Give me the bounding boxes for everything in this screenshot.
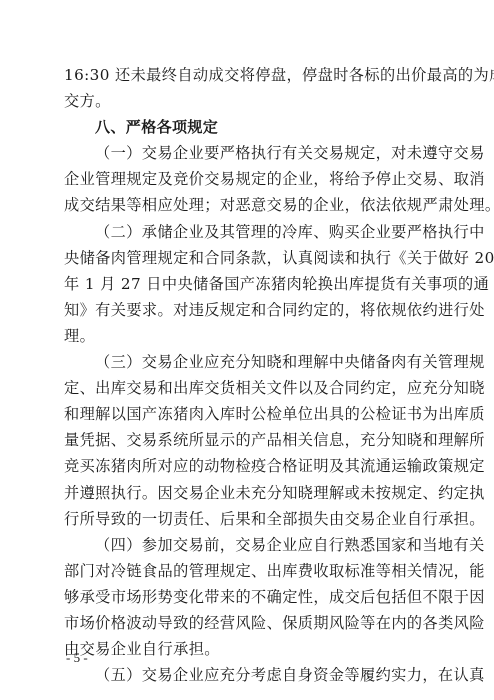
- text-line-10: 知》有关要求。对违反规定和合同约定的，将依规依约进行处: [64, 297, 428, 323]
- text-line-20: 部门对冷链食品的管理规定、出库费收取标准等相关情况，能: [64, 558, 428, 584]
- text-line-14: 和理解以国产冻猪肉入库时公检单位出具的公检证书为出库质: [64, 401, 428, 427]
- text-line-21: 够承受市场形势变化带来的不确定性，成交后包括但不限于因: [64, 584, 428, 610]
- text-line-8: 央储备肉管理规定和合同条款，认真阅读和执行《关于做好 2025: [64, 245, 428, 271]
- text-line-22: 市场价格波动导致的经营风险、保质期风险等在内的各类风险: [64, 610, 428, 636]
- text-line-23: 由交易企业自行承担。: [64, 636, 428, 662]
- text-line-15: 量凭据、交易系统所显示的产品相关信息，充分知晓和理解所: [64, 427, 428, 453]
- text-line-13: 定、出库交易和出库交货相关文件以及合同约定，应充分知晓: [64, 375, 428, 401]
- text-line-9: 年 1 月 27 日中央储备国产冻猪肉轮换出库提货有关事项的通: [64, 271, 428, 297]
- text-line-5: 企业管理规定及竞价交易规定的企业，将给予停止交易、取消: [64, 166, 428, 192]
- paragraph-4-start: （四）参加交易前，交易企业应自行熟悉国家和当地有关: [64, 532, 428, 558]
- section-heading-8: 八、严格各项规定: [64, 114, 428, 140]
- text-line-16: 竞买冻猪肉所对应的动物检疫合格证明及其流通运输政策规定: [64, 453, 428, 479]
- text-line-17: 并遵照执行。因交易企业未充分知晓理解或未按规定、约定执: [64, 480, 428, 506]
- paragraph-1-start: （一）交易企业要严格执行有关交易规定，对未遵守交易: [64, 140, 428, 166]
- text-line-2: 交方。: [64, 88, 428, 114]
- page-number: - 5 -: [66, 650, 88, 666]
- text-line-1: 16:30 还未最终自动成交将停盘，停盘时各标的出价最高的为成: [64, 62, 428, 88]
- text-line-11: 理。: [64, 323, 428, 349]
- text-line-18: 行所导致的一切责任、后果和全部损失由交易企业自行承担。: [64, 506, 428, 532]
- text-line-6: 成交结果等相应处理；对恶意交易的企业，依法依规严肃处理。: [64, 192, 428, 218]
- paragraph-2-start: （二）承储企业及其管理的冷库、购买企业要严格执行中: [64, 219, 428, 245]
- paragraph-5-start: （五）交易企业应充分考虑自身资金等履约实力，在认真: [64, 662, 428, 688]
- paragraph-3-start: （三）交易企业应充分知晓和理解中央储备肉有关管理规: [64, 349, 428, 375]
- document-page: 16:30 还未最终自动成交将停盘，停盘时各标的出价最高的为成 交方。 八、严格…: [64, 62, 428, 688]
